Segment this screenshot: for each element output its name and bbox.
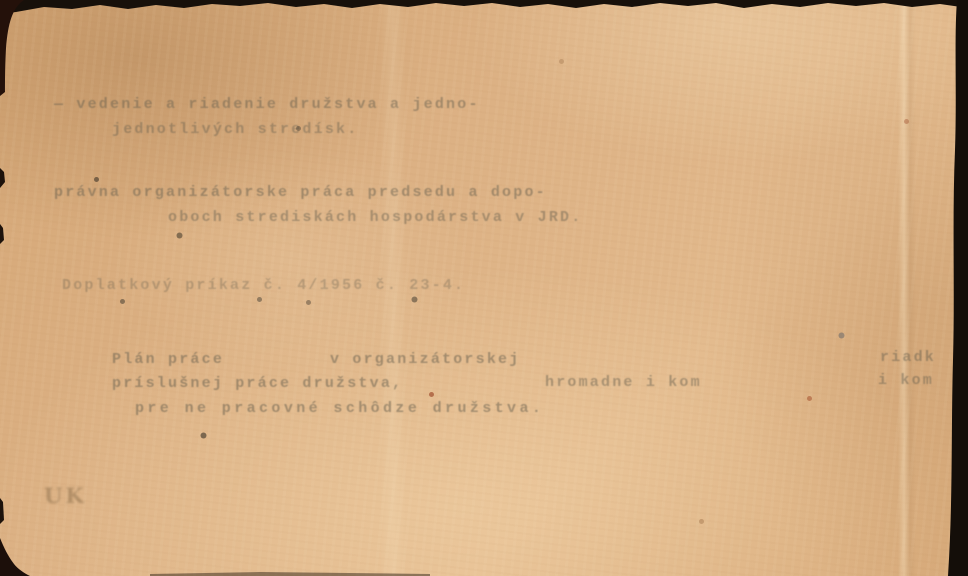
- paper-specks: [0, 0, 3, 3]
- top-left-corner-mark: [0, 0, 24, 96]
- typewritten-fragment: v organizátorskej: [330, 351, 520, 368]
- paper-crease: [898, 0, 916, 576]
- typewritten-line: pre ne pracovné schôdze družstva.: [135, 400, 544, 417]
- typewritten-fragment: i kom: [878, 372, 934, 389]
- left-edge-tick: [0, 498, 4, 524]
- typewritten-line: Doplatkový príkaz č. 4/1956 č. 23-4.: [62, 277, 465, 294]
- scanned-card: — vedenie a riadenie družstva a jedno- j…: [0, 0, 968, 576]
- left-edge-tick: [0, 168, 5, 188]
- typewritten-line: právna organizátorske práca predsedu a d…: [54, 184, 547, 201]
- typewritten-line: oboch strediskách hospodárstva v JRD.: [168, 209, 582, 226]
- typewritten-fragment: hromadne i kom: [545, 374, 702, 391]
- right-edge-shadow: [948, 0, 968, 576]
- typewritten-fragment: príslušnej práce družstva,: [112, 375, 403, 392]
- typewritten-fragment: riadk: [880, 349, 936, 366]
- bottom-left-corner-mark: [0, 538, 30, 576]
- left-edge-tick: [0, 224, 4, 244]
- bottom-edge-shadow: [150, 572, 430, 576]
- typewritten-line: jednotlivých stredísk.: [112, 121, 358, 138]
- typewritten-fragment: Plán práce: [112, 351, 224, 368]
- uk-watermark: UK: [44, 483, 87, 508]
- top-edge-shadow: [0, 0, 968, 14]
- typewritten-line: — vedenie a riadenie družstva a jedno-: [54, 96, 480, 113]
